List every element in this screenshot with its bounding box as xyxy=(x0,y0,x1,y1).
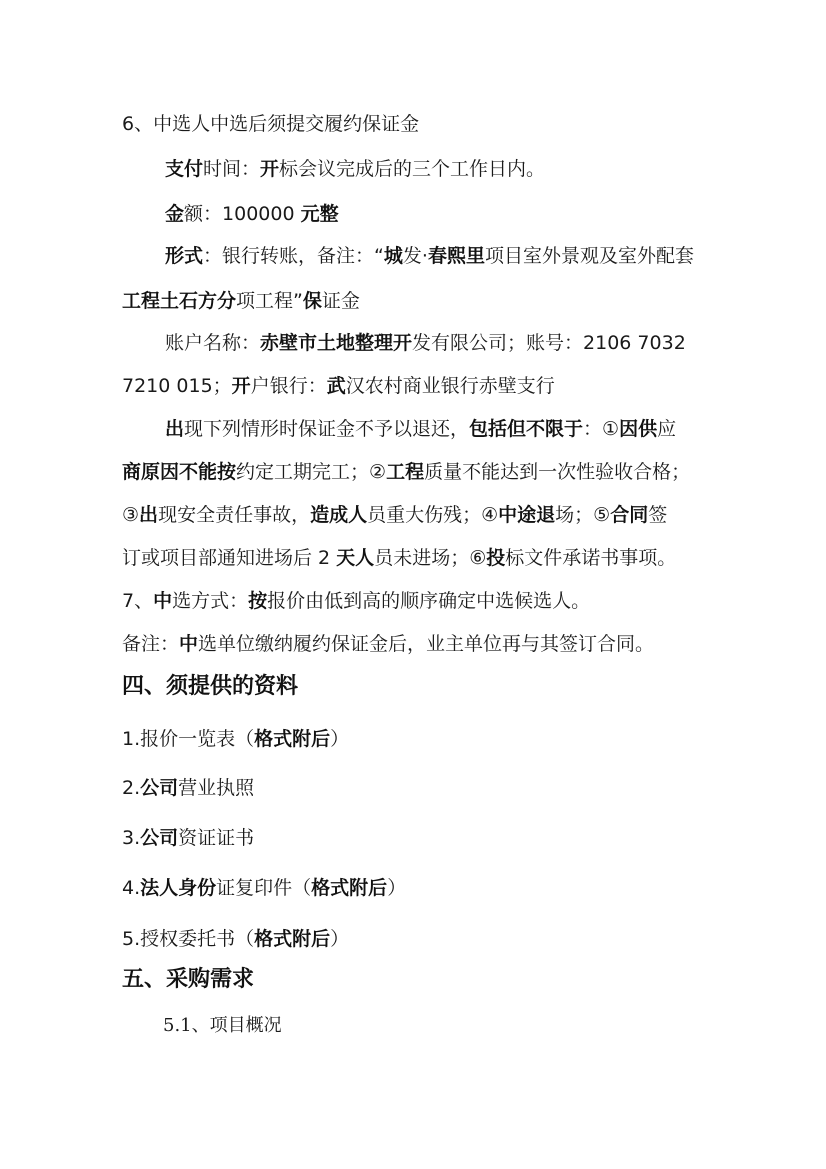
bold-text-segment: 开 xyxy=(260,158,279,180)
text-segment: 订或项目部通知进场后 2 xyxy=(122,547,336,569)
bold-text-segment: 合同 xyxy=(610,504,648,526)
bold-text-segment: 法人身份 xyxy=(140,877,216,899)
bold-text-segment: 按 xyxy=(248,590,267,612)
text-segment: 证复印件（ xyxy=(216,877,311,899)
bold-text-segment: 出 xyxy=(139,504,158,526)
text-segment: 2. xyxy=(122,777,140,799)
text-segment: 1.报价一览表（ xyxy=(122,728,254,750)
text-segment: 场；⑤ xyxy=(555,504,610,526)
bold-text-segment: 中 xyxy=(179,633,198,655)
paragraph-line: 7、中选方式：按报价由低到高的顺序确定中选候选人。 xyxy=(122,589,590,613)
bold-text-segment: 赤壁市土地整理开 xyxy=(260,332,412,354)
paragraph-line: 支付时间：开标会议完成后的三个工作日内。 xyxy=(165,157,545,181)
text-segment: 额：100000 xyxy=(184,203,301,225)
bold-text-segment: 包括但不限于 xyxy=(469,418,583,440)
bold-text-segment: 投 xyxy=(486,547,505,569)
section-heading-5: 五、采购需求 xyxy=(122,968,254,992)
text-segment: 户银行： xyxy=(251,375,327,397)
text-segment: 发有限公司；账号：2106 7032 xyxy=(412,332,686,354)
subsection-5-1-title: 5.1、项目概况 xyxy=(163,1014,282,1038)
paragraph-line: 订或项目部通知进场后 2 天人员未进场；⑥投标文件承诺书事项。 xyxy=(122,546,676,570)
bold-text-segment: 出 xyxy=(165,418,184,440)
required-document-item: 1.报价一览表（格式附后） xyxy=(122,727,349,751)
bold-text-segment: 城 xyxy=(384,245,403,267)
section-heading-4: 四、须提供的资料 xyxy=(122,675,298,699)
paragraph-line: 工程土石方分项工程”保证金 xyxy=(122,289,360,313)
text-segment: 备注： xyxy=(122,633,179,655)
bold-text-segment: 中 xyxy=(153,590,172,612)
bold-text-segment: 保 xyxy=(303,290,322,312)
bold-text-segment: 天人 xyxy=(336,547,374,569)
text-segment: ） xyxy=(330,928,349,950)
bold-text-segment: 工程土石方分 xyxy=(122,290,236,312)
text-segment: 账户名称： xyxy=(165,332,260,354)
text-segment: ：银行转账，备注：“ xyxy=(203,245,384,267)
bold-text-segment: 商原因不能按 xyxy=(122,461,236,483)
text-segment: 报价由低到高的顺序确定中选候选人。 xyxy=(267,590,590,612)
text-segment: 项工程” xyxy=(236,290,303,312)
text-segment: 汉农村商业银行赤壁支行 xyxy=(346,375,555,397)
text-segment: 6、 xyxy=(122,113,153,135)
bold-text-segment: 武 xyxy=(327,375,346,397)
bold-text-segment: 格式附后 xyxy=(254,928,330,950)
bold-text-segment: 中途退 xyxy=(498,504,555,526)
text-segment: ） xyxy=(387,877,406,899)
bold-text-segment: 格式附后 xyxy=(254,728,330,750)
text-segment: 员未进场；⑥ xyxy=(374,547,486,569)
text-segment: 选方式： xyxy=(172,590,248,612)
text-segment: 签 xyxy=(648,504,667,526)
text-segment: 员重大伤残；④ xyxy=(367,504,498,526)
text-segment: 营业执照 xyxy=(178,777,254,799)
text-segment: 项目室外景观及室外配套 xyxy=(485,245,694,267)
text-segment: 7210 015； xyxy=(122,375,232,397)
paragraph-line: 备注：中选单位缴纳履约保证金后，业主单位再与其签订合同。 xyxy=(122,632,654,656)
text-segment: 标会议完成后的三个工作日内。 xyxy=(279,158,545,180)
text-segment: 应 xyxy=(657,418,676,440)
text-segment: ） xyxy=(330,728,349,750)
text-segment: 资证证书 xyxy=(178,827,254,849)
paragraph-line: 7210 015；开户银行：武汉农村商业银行赤壁支行 xyxy=(122,374,555,398)
paragraph-line: 形式：银行转账，备注：“城发·春熙里项目室外景观及室外配套 xyxy=(165,244,694,268)
text-segment: ③ xyxy=(122,504,139,526)
bold-text-segment: 公司 xyxy=(140,827,178,849)
text-segment: 3. xyxy=(122,827,140,849)
required-document-item: 3.公司资证证书 xyxy=(122,826,254,850)
bold-text-segment: 形式 xyxy=(165,245,203,267)
required-document-item: 4.法人身份证复印件（格式附后） xyxy=(122,876,406,900)
text-segment: 约定工期完工；② xyxy=(236,461,386,483)
bold-text-segment: 工程 xyxy=(386,461,424,483)
paragraph-line: ③出现安全责任事故，造成人员重大伤残；④中途退场；⑤合同签 xyxy=(122,503,667,527)
bold-text-segment: 公司 xyxy=(140,777,178,799)
text-segment: ：① xyxy=(583,418,619,440)
required-document-item: 5.授权委托书（格式附后） xyxy=(122,927,349,951)
text-segment: 5.授权委托书（ xyxy=(122,928,254,950)
bold-text-segment: 元整 xyxy=(301,203,339,225)
bold-text-segment: 春熙里 xyxy=(428,245,485,267)
text-segment: 选单位缴纳履约保证金后，业主单位再与其签订合同。 xyxy=(198,633,654,655)
bold-text-segment: 金 xyxy=(165,203,184,225)
bold-text-segment: 支付 xyxy=(165,158,203,180)
bold-text-segment: 格式附后 xyxy=(311,877,387,899)
text-segment: 证金 xyxy=(322,290,360,312)
paragraph-line: 金额：100000 元整 xyxy=(165,202,339,226)
text-segment: 发· xyxy=(403,245,428,267)
text-segment: 质量不能达到一次性验收合格； xyxy=(424,461,690,483)
bold-text-segment: 开 xyxy=(232,375,251,397)
bold-text-segment: 因供 xyxy=(619,418,657,440)
required-document-item: 2.公司营业执照 xyxy=(122,776,254,800)
text-segment: 现安全责任事故， xyxy=(158,504,310,526)
text-segment: 7、 xyxy=(122,590,153,612)
bold-text-segment: 造成人 xyxy=(310,504,367,526)
text-segment: 中选人中选后须提交履约保证金 xyxy=(153,113,419,135)
paragraph-line: 6、中选人中选后须提交履约保证金 xyxy=(122,112,419,136)
text-segment: 时间： xyxy=(203,158,260,180)
text-segment: 4. xyxy=(122,877,140,899)
text-segment: 标文件承诺书事项。 xyxy=(505,547,676,569)
paragraph-line: 出现下列情形时保证金不予以退还，包括但不限于：①因供应 xyxy=(165,417,676,441)
paragraph-line: 商原因不能按约定工期完工；②工程质量不能达到一次性验收合格； xyxy=(122,460,690,484)
text-segment: 现下列情形时保证金不予以退还， xyxy=(184,418,469,440)
paragraph-line: 账户名称：赤壁市土地整理开发有限公司；账号：2106 7032 xyxy=(165,331,686,355)
